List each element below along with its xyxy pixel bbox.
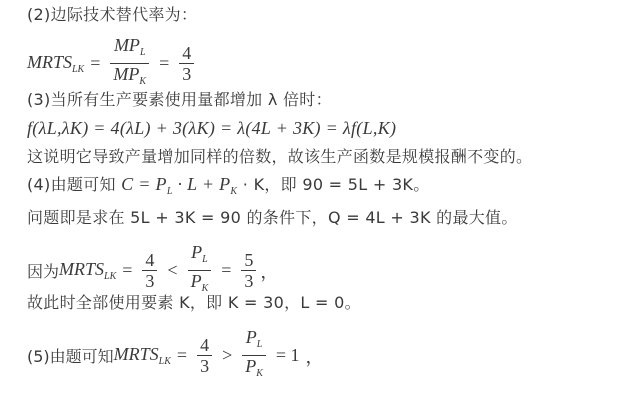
mrts-symbol: MRTSLK: [27, 52, 84, 75]
fraction-pl-pk: PLPK: [188, 242, 212, 299]
section-4-cost-equation: (4)由题可知 C = PL · L + PK · K，即 90 = 5L + …: [27, 173, 430, 203]
solution-k-only: 故此时全部使用要素 K，即 K = 30，L = 0。: [27, 292, 361, 314]
fraction-4-3: 43: [142, 250, 157, 291]
fraction-4-3: 43: [197, 335, 212, 376]
equals-sign: =: [90, 53, 100, 74]
fraction-pl-pk: PLPK: [242, 327, 266, 384]
section-3-heading: (3)当所有生产要素使用量都增加 λ 倍时：: [27, 89, 332, 111]
optimization-problem-statement: 问题即是求在 5L + 3K = 90 的条件下，Q = 4L + 3K 的最大…: [27, 207, 518, 229]
fraction-mpl-mpk: MPL MPK: [110, 35, 149, 92]
constant-returns-statement: 这说明它导致产量增加同样的倍数，故该生产函数是规模报酬不变的。: [27, 146, 532, 168]
mrts-equation-1: MRTSLK = MPL MPK = 4 3: [27, 35, 198, 92]
fraction-4-3: 4 3: [179, 43, 194, 84]
scaling-equation: f(λL,λK) = 4(λL) + 3(λK) = λ(4L + 3K) = …: [27, 117, 396, 139]
mrts-comparison-greater: (5)由题可知 MRTSLK = 43 > PLPK = 1 ，: [27, 327, 324, 384]
mrts-comparison-less: 因为 MRTSLK = 43 < PLPK = 53 ，: [27, 242, 278, 299]
section-2-heading: (2)边际技术替代率为：: [27, 4, 197, 26]
fraction-5-3: 53: [241, 250, 256, 291]
equals-sign: =: [159, 53, 169, 74]
